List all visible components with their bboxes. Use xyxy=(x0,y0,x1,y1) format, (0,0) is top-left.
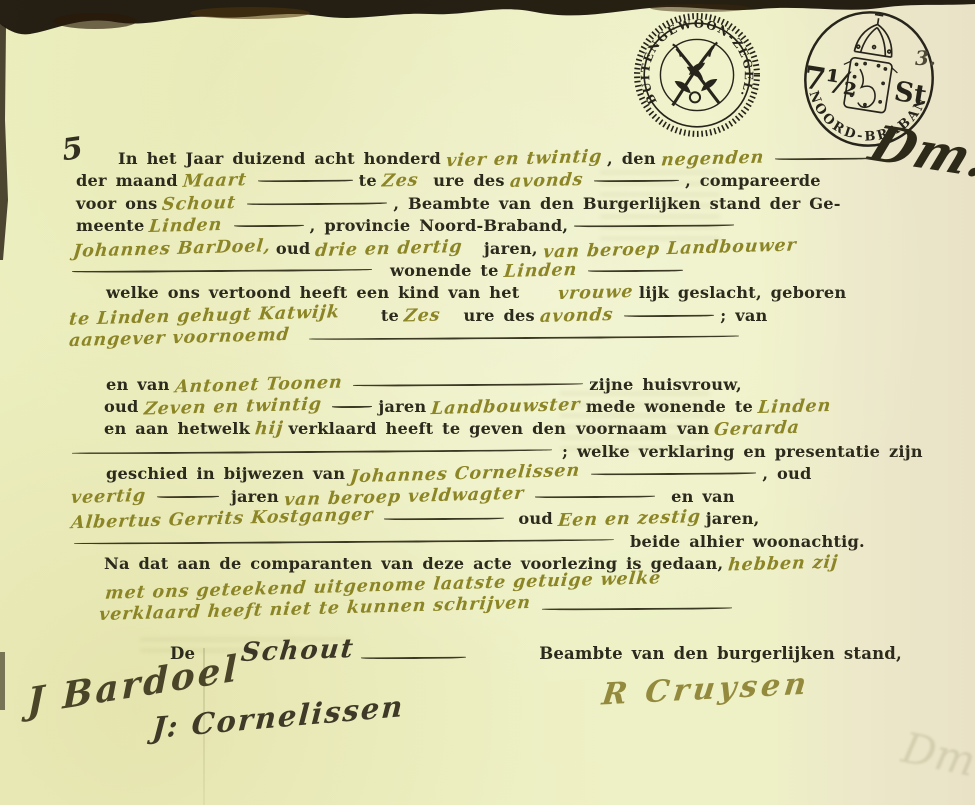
ink-rule xyxy=(234,224,304,227)
document-line: Albertus Gerrits KostgangeroudEen en zes… xyxy=(66,508,926,530)
official-capacity-label: Beambte van den burgerlijken stand, xyxy=(539,644,902,663)
printed-text: jaren, xyxy=(484,239,538,258)
printed-text: welke ons vertoond heeft een kind van he… xyxy=(106,283,519,302)
handwritten-text: van beroep Landbouwer xyxy=(542,234,798,264)
printed-text: , den xyxy=(607,149,656,168)
ink-rule xyxy=(624,314,714,318)
document-line: verklaard heeft niet te kunnen schrijven xyxy=(94,598,926,620)
printed-text: te xyxy=(359,171,377,190)
handwritten-text: Zes xyxy=(381,170,420,193)
document-line: In het Jaar duizend acht honderdvier en … xyxy=(118,148,926,170)
ink-rule xyxy=(309,335,739,341)
printed-text: mede wonende te xyxy=(586,397,753,416)
handwritten-text: vrouwe xyxy=(557,281,634,306)
ink-rule xyxy=(542,606,732,610)
printed-text: beide alhier woonachtig. xyxy=(630,532,865,551)
ink-rule xyxy=(588,269,683,273)
printed-text: oud xyxy=(276,239,311,258)
ink-rule xyxy=(332,405,372,408)
printed-text: en aan hetwelk xyxy=(104,419,250,438)
printed-text: , compareerde xyxy=(685,171,821,190)
handwritten-text: Linden xyxy=(757,395,832,420)
handwritten-text: Schout xyxy=(161,192,237,217)
ink-rule xyxy=(574,224,734,228)
handwritten-text: Linden xyxy=(148,214,223,239)
document-line: beide alhier woonachtig. xyxy=(68,531,926,553)
printed-text: geschied in bijwezen van xyxy=(106,464,345,483)
printed-text: , provincie Noord-Braband, xyxy=(310,216,569,235)
printed-text: en van xyxy=(106,375,170,394)
ink-rule xyxy=(72,268,372,273)
printed-text: jaren xyxy=(378,397,426,416)
printed-text: te xyxy=(381,306,399,325)
ink-rule xyxy=(74,538,614,545)
ink-rule xyxy=(72,448,552,454)
handwritten-text: hebben zij xyxy=(727,551,839,577)
handwritten-text: Gerarda xyxy=(713,417,801,442)
document-line: en vanAntonet Toonenzijne huisvrouw, xyxy=(106,374,926,396)
document-line: der maandMaartteZesure desavonds, compar… xyxy=(76,170,926,192)
ink-rule xyxy=(258,179,353,183)
document-line: oudZeven en twintigjarenLandbouwstermede… xyxy=(104,396,926,418)
handwritten-text: Een en zestig xyxy=(557,506,702,532)
ink-rule xyxy=(157,494,219,497)
document-line: aangever voornoemd xyxy=(64,327,926,349)
ink-rule xyxy=(535,494,655,498)
buitengewoon-zegel-stamp: BUITENGEWOON-ZEGEL. xyxy=(632,12,762,140)
printed-text: van xyxy=(677,419,709,438)
printed-text: , oud xyxy=(762,464,811,483)
document-line: en aan hetwelkhijverklaard heeft te geve… xyxy=(104,418,926,440)
signature-official: R Cruysen xyxy=(600,666,812,712)
handwritten-text: Zes xyxy=(403,304,442,327)
printed-text: ure des xyxy=(433,171,504,190)
printed-text: ure des xyxy=(463,306,534,325)
printed-text: der maand xyxy=(76,171,178,190)
printed-text: lijk geslacht, geboren xyxy=(639,283,846,302)
document-line: Johannes BarDoel,ouddrie en dertigjaren,… xyxy=(68,238,926,260)
handwritten-text: Johannes BarDoel, xyxy=(72,235,272,263)
handwritten-text: avonds xyxy=(539,304,615,329)
handwritten-text: drie en dertig xyxy=(314,236,464,263)
page-corner-number: 3. xyxy=(915,46,936,70)
document-line: te Linden gehugt KatwijkteZesure desavon… xyxy=(64,305,926,327)
act-body-text: In het Jaar duizend acht honderdvier en … xyxy=(96,148,926,620)
printed-text: voor ons xyxy=(76,194,157,213)
ink-rule xyxy=(594,179,679,183)
ink-rule xyxy=(361,656,466,660)
printed-text: , Beambte van den Burgerlijken stand der… xyxy=(393,194,840,213)
handwritten-text: Landbouwster xyxy=(430,394,581,421)
ink-bleed-mark: Dm xyxy=(898,723,975,786)
document-line: voor onsSchout, Beambte van den Burgerli… xyxy=(76,193,926,215)
handwritten-text: hij xyxy=(254,418,285,441)
handwritten-text: avonds xyxy=(509,169,585,194)
ink-rule xyxy=(247,201,387,205)
printed-text: oud xyxy=(518,509,553,528)
document-line: veertigjarenvan beroep veldwagteren van xyxy=(66,486,926,508)
ink-rule xyxy=(591,472,756,476)
printed-text: ; welke verklaring en presentatie zijn xyxy=(562,442,923,461)
handwritten-text: aangever voornoemd xyxy=(68,324,291,353)
document-line: meenteLinden, provincie Noord-Braband, xyxy=(76,215,926,237)
handwritten-text: Linden xyxy=(503,259,578,284)
document-line: ; welke verklaring en presentatie zijn xyxy=(66,441,926,463)
handwritten-text: veertig xyxy=(70,485,147,510)
ink-rule xyxy=(353,382,583,387)
document-page: Dm BUITENGEWOON-ZEGEL. xyxy=(0,0,975,805)
printed-text: zijne huisvrouw, xyxy=(589,375,742,394)
printed-text: jaren xyxy=(231,487,279,506)
printed-text: wonende te xyxy=(390,261,499,280)
printed-text: In het Jaar duizend acht honderd xyxy=(118,149,441,168)
printed-text: meente xyxy=(76,216,144,235)
handwritten-text: Zeven en twintig xyxy=(142,394,322,421)
document-line: welke ons vertoond heeft een kind van he… xyxy=(106,282,926,304)
printed-text: voornaam xyxy=(576,419,667,438)
printed-text: en van xyxy=(671,487,735,506)
act-margin-number: 5 xyxy=(60,131,86,169)
ink-rule xyxy=(775,157,870,161)
handwritten-text: negenden xyxy=(660,147,765,172)
printed-text: oud xyxy=(104,397,139,416)
ink-rule xyxy=(384,517,504,521)
handwritten-text: Maart xyxy=(182,169,248,193)
printed-text: verklaard heeft te geven den xyxy=(288,419,566,438)
printed-text: jaren, xyxy=(706,509,760,528)
schout-signature: Schout xyxy=(240,634,357,668)
document-line: wonende teLinden xyxy=(66,260,926,282)
printed-text: ; van xyxy=(720,306,767,325)
